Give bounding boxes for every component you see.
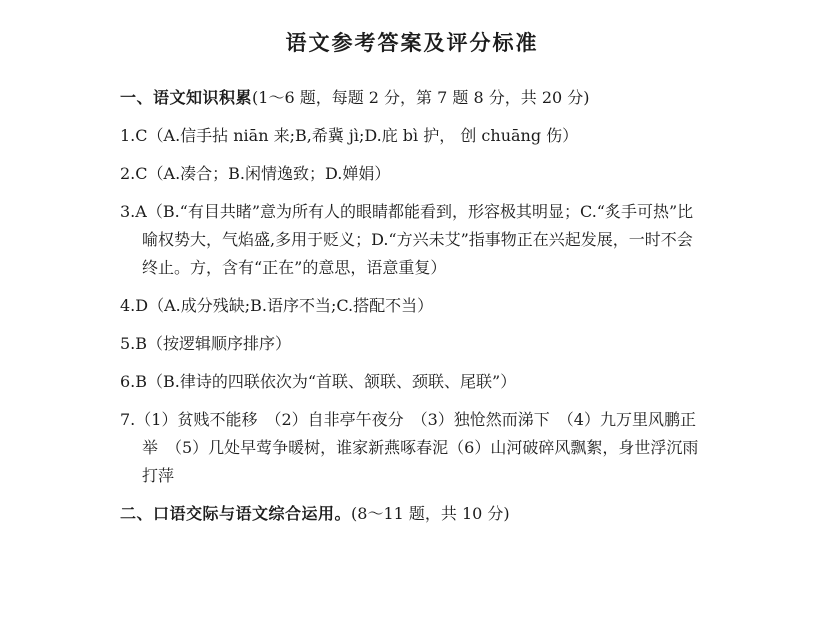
section-2-heading: 二、口语交际与语文综合运用。 xyxy=(120,504,351,523)
section-1-heading-line: 一、语文知识积累(1～6 题，每题 2 分，第 7 题 8 分，共 20 分) xyxy=(120,84,704,112)
answer-item-3: 3.A（B.“有目共睹”意为所有人的眼睛都能看到，形容极其明显；C.“炙手可热”… xyxy=(120,198,704,282)
answer-item-6: 6.B（B.律诗的四联依次为“首联、颔联、颈联、尾联”） xyxy=(120,368,704,396)
section-2-heading-line: 二、口语交际与语文综合运用。(8～11 题，共 10 分) xyxy=(120,500,704,528)
section-1-heading: 一、语文知识积累 xyxy=(120,88,252,107)
answer-item-4: 4.D（A.成分残缺;B.语序不当;C.搭配不当） xyxy=(120,292,704,320)
document-content: 语文参考答案及评分标准 一、语文知识积累(1～6 题，每题 2 分，第 7 题 … xyxy=(120,28,704,538)
section-2-meta: (8～11 题，共 10 分) xyxy=(351,504,510,523)
section-1-meta: (1～6 题，每题 2 分，第 7 题 8 分，共 20 分) xyxy=(252,88,590,107)
document-page: 语文参考答案及评分标准 一、语文知识积累(1～6 题，每题 2 分，第 7 题 … xyxy=(0,0,815,620)
answer-item-7: 7.（1）贫贱不能移 （2）自非亭午夜分 （3）独怆然而涕下 （4）九万里风鹏正… xyxy=(120,406,704,490)
answer-item-1: 1.C（A.信手拈 niān 来;B,希冀 jì;D.庇 bì 护， 创 chu… xyxy=(120,122,704,150)
answer-item-2: 2.C（A.凑合；B.闲情逸致；D.婵娟） xyxy=(120,160,704,188)
document-title: 语文参考答案及评分标准 xyxy=(120,28,704,58)
answer-item-5: 5.B（按逻辑顺序排序） xyxy=(120,330,704,358)
